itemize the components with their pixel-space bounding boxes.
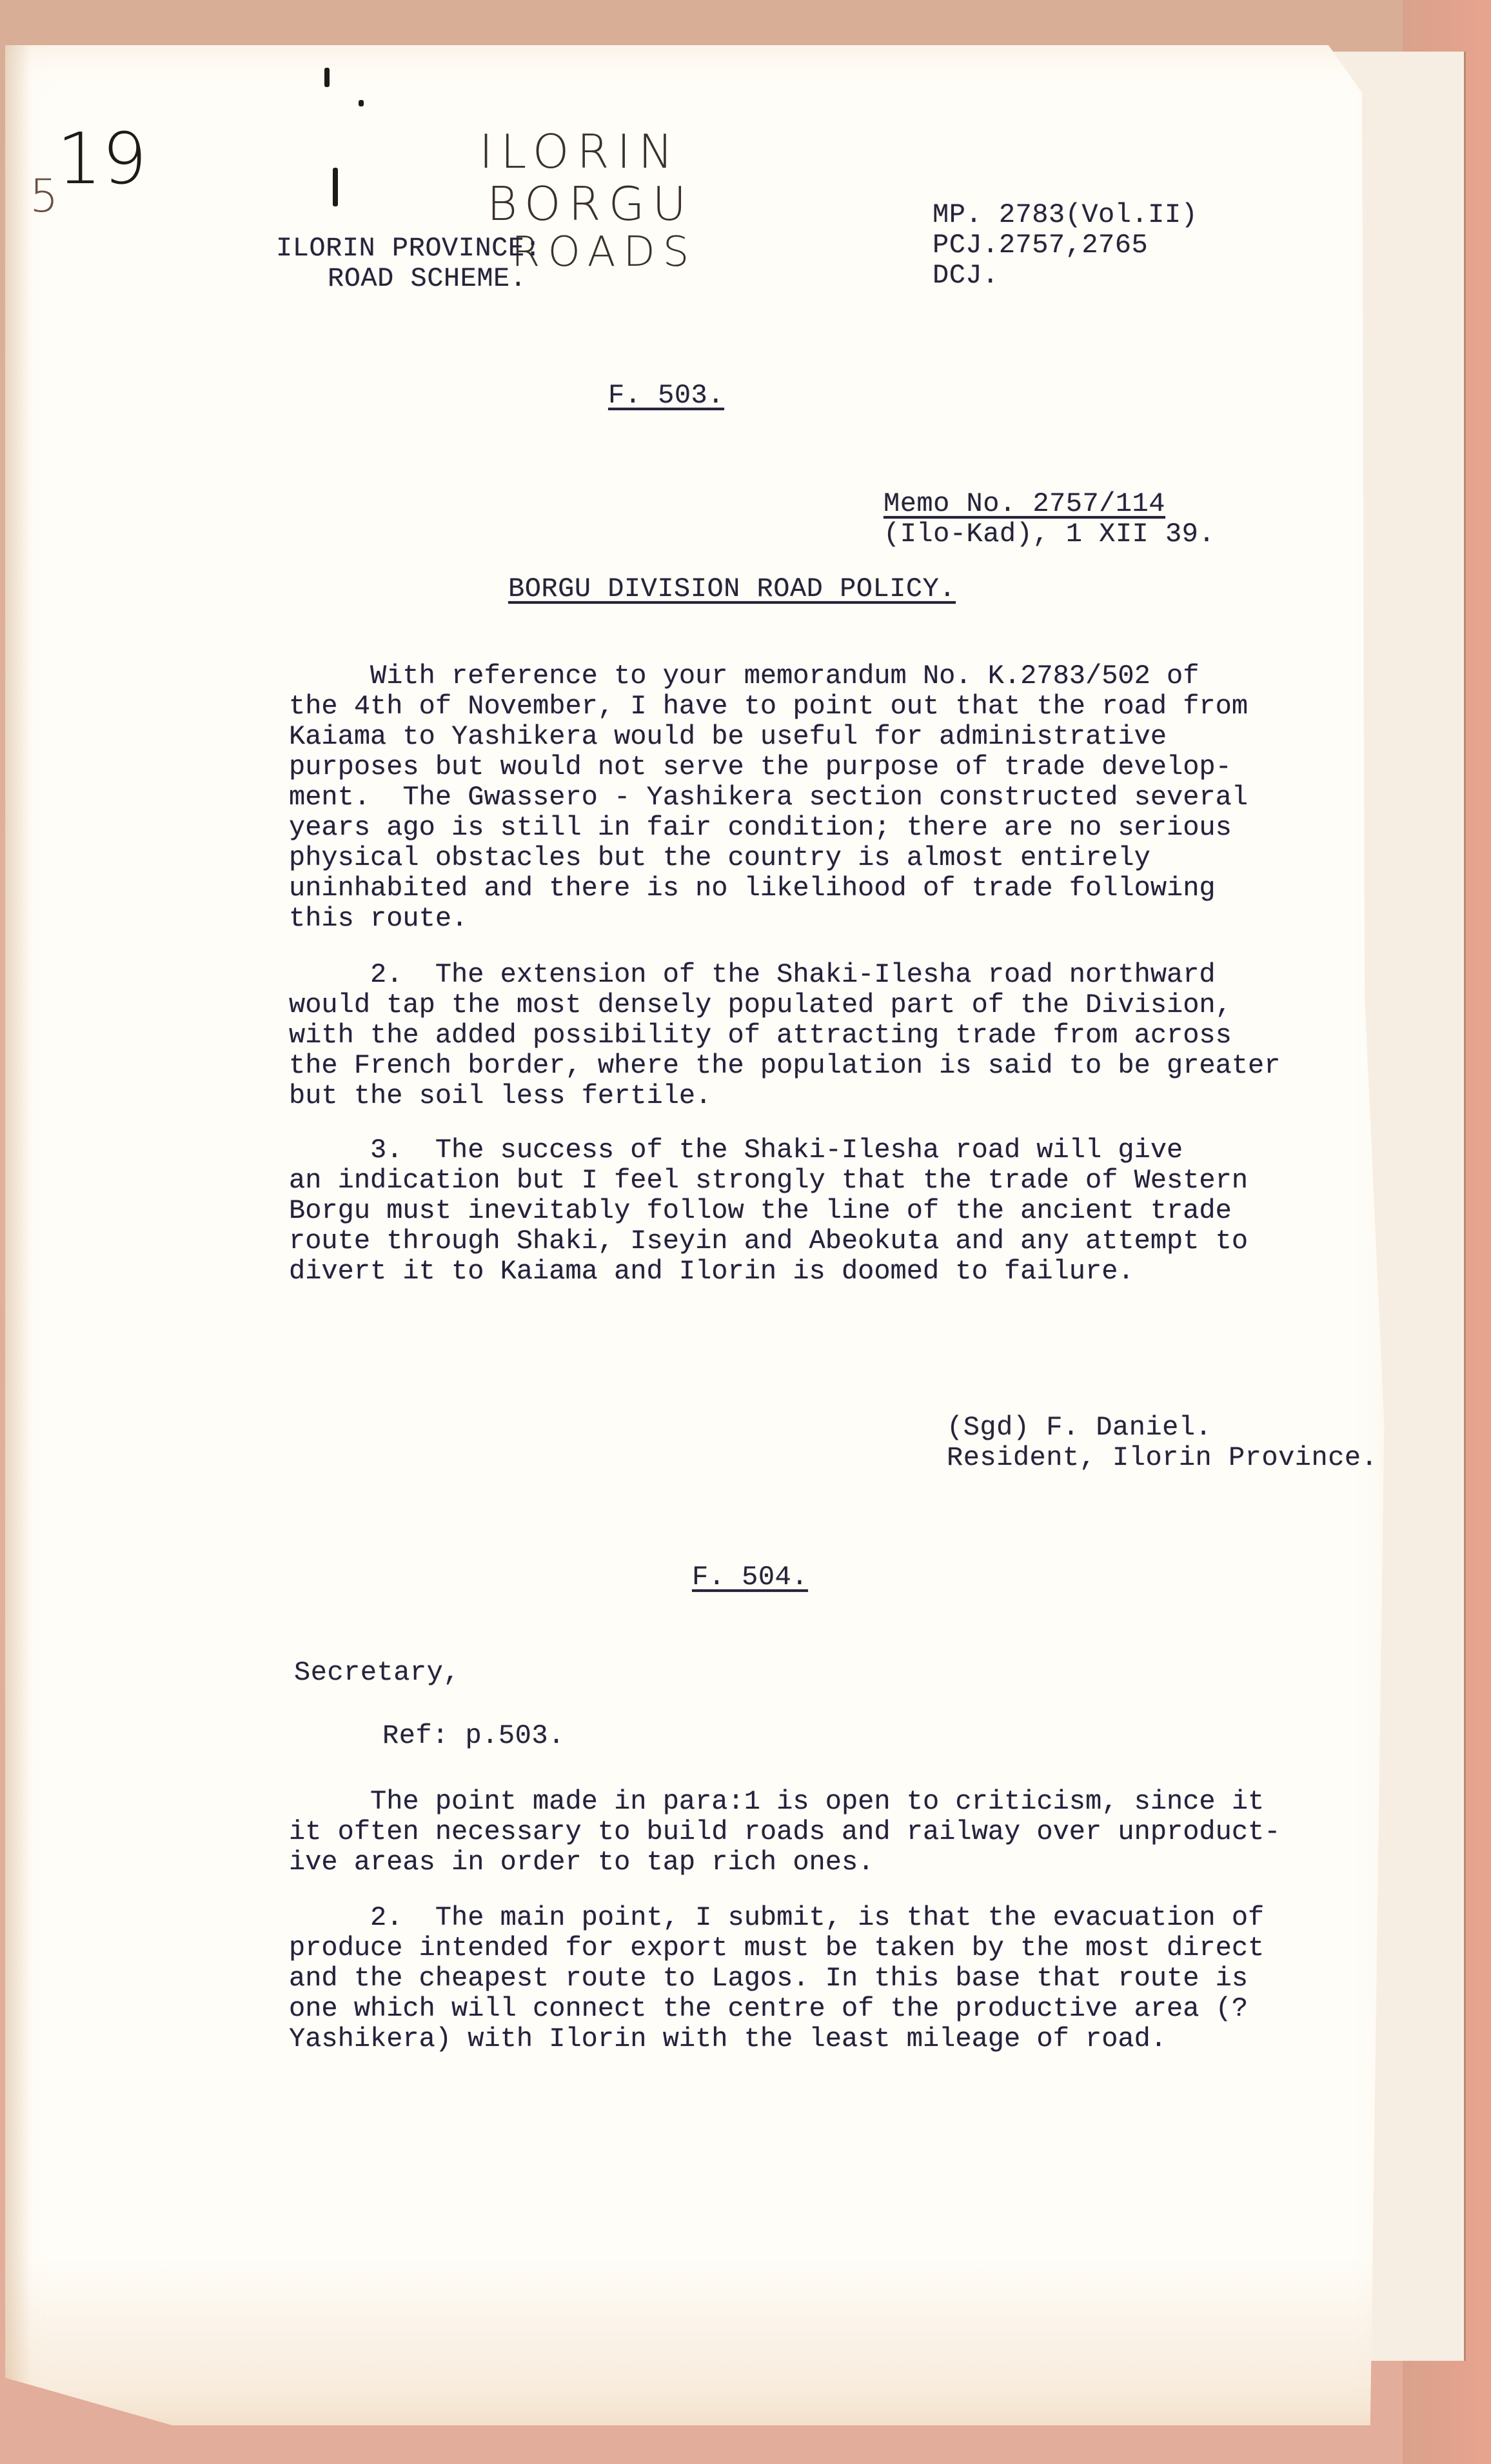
text-line: 3. The success of the Shaki-Ilesha road … <box>289 1135 1398 1166</box>
header-scheme: ROAD SCHEME. <box>276 263 526 294</box>
memo-number: Memo No. 2757/114 <box>884 488 1165 519</box>
minute-number-503: F. 503. <box>608 381 724 411</box>
memo-subject: BORGU DIVISION ROAD POLICY. <box>508 574 956 604</box>
header-province: ILORIN PROVINCE: <box>276 233 541 264</box>
text-line: Yashikera) with Ilorin with the least mi… <box>289 2024 1398 2054</box>
handwritten-title-line: ILORIN <box>479 126 696 178</box>
text-line: uninhabited and there is no likelihood o… <box>289 873 1398 904</box>
paragraph-2: 2. The extension of the Shaki-Ilesha roa… <box>289 960 1398 1111</box>
text-line: Kaiama to Yashikera would be useful for … <box>289 722 1398 752</box>
header-file-refs: MP. 2783(Vol.II) PCJ.2757,2765 DCJ. <box>933 200 1198 291</box>
text-line: with the added possibility of attracting… <box>289 1020 1398 1051</box>
document-page: 19 5 ILORIN BORGU ROADS ILORIN PROVINCE:… <box>5 45 1398 2425</box>
text-line: With reference to your memorandum No. K.… <box>289 661 1398 691</box>
text-line: and the cheapest route to Lagos. In this… <box>289 1963 1398 1994</box>
ink-mark <box>333 168 338 206</box>
ink-mark <box>359 100 364 106</box>
text-line: ive areas in order to tap rich ones. <box>289 1847 1398 1878</box>
text-line: route through Shaki, Iseyin and Abeokuta… <box>289 1226 1398 1257</box>
ink-mark <box>324 68 330 87</box>
reference-line: Ref: p.503. <box>382 1721 565 1751</box>
header-left: ILORIN PROVINCE: ROAD SCHEME. <box>276 233 541 294</box>
handwritten-title-line: BORGU <box>487 178 696 230</box>
text-line: physical obstacles but the country is al… <box>289 843 1398 873</box>
paragraph-504-2: 2. The main point, I submit, is that the… <box>289 1903 1398 2054</box>
file-ref-dcj: DCJ. <box>933 260 999 291</box>
text-line: but the soil less fertile. <box>289 1081 1398 1111</box>
salutation: Secretary, <box>294 1658 460 1688</box>
signatory-title: Resident, Ilorin Province. <box>947 1442 1377 1473</box>
memo-date: (Ilo-Kad), 1 XII 39. <box>884 519 1215 550</box>
handwritten-margin-mark: 5 <box>30 171 66 221</box>
text-line: years ago is still in fair condition; th… <box>289 813 1398 843</box>
text-line: 2. The extension of the Shaki-Ilesha roa… <box>289 960 1398 990</box>
text-line: ment. The Gwassero - Yashikera section c… <box>289 782 1398 813</box>
signature-block: (Sgd) F. Daniel. Resident, Ilorin Provin… <box>947 1413 1377 1473</box>
text-line: The point made in para:1 is open to crit… <box>289 1787 1398 1817</box>
file-ref-pcj: PCJ.2757,2765 <box>933 230 1148 261</box>
text-line: this route. <box>289 904 1398 934</box>
memo-reference: Memo No. 2757/114 (Ilo-Kad), 1 XII 39. <box>884 489 1215 550</box>
text-line: one which will connect the centre of the… <box>289 1994 1398 2024</box>
paragraph-504-1: The point made in para:1 is open to crit… <box>289 1787 1398 1878</box>
file-ref-mp: MP. 2783(Vol.II) <box>933 199 1198 230</box>
paragraph-1: With reference to your memorandum No. K.… <box>289 661 1398 934</box>
text-line: it often necessary to build roads and ra… <box>289 1817 1398 1847</box>
text-line: purposes but would not serve the purpose… <box>289 752 1398 782</box>
text-line: an indication but I feel strongly that t… <box>289 1166 1398 1196</box>
torn-edge <box>5 45 31 2425</box>
handwritten-folio-number: 19 <box>57 119 147 199</box>
text-line: divert it to Kaiama and Ilorin is doomed… <box>289 1257 1398 1287</box>
text-line: the French border, where the population … <box>289 1051 1398 1081</box>
signatory: (Sgd) F. Daniel. <box>947 1412 1212 1443</box>
text-line: the 4th of November, I have to point out… <box>289 691 1398 722</box>
text-line: produce intended for export must be take… <box>289 1933 1398 1963</box>
minute-number-504: F. 504. <box>692 1562 808 1593</box>
text-line: would tap the most densely populated par… <box>289 990 1398 1020</box>
paragraph-3: 3. The success of the Shaki-Ilesha road … <box>289 1135 1398 1287</box>
text-line: Borgu must inevitably follow the line of… <box>289 1196 1398 1226</box>
text-line: 2. The main point, I submit, is that the… <box>289 1903 1398 1933</box>
